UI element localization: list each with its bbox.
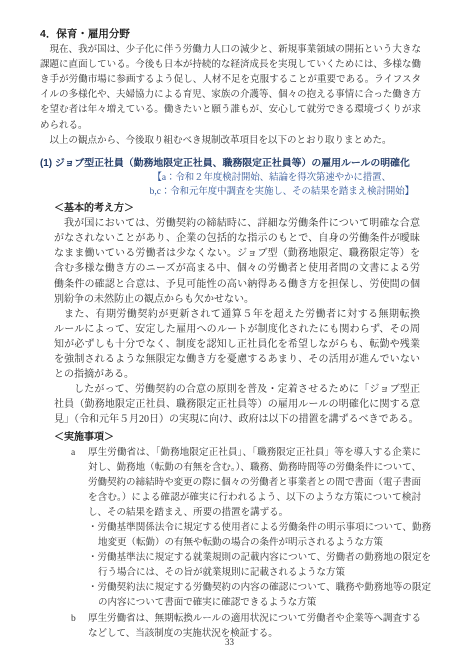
implementation-heading: ＜実施事項＞ xyxy=(54,430,420,445)
schedule-line-1: 【a：令和２年度検討開始、結論を得次第速やかに措置、 xyxy=(40,171,421,186)
bullet-item: ・労働基準関係法令に規定する使用者による労働条件の明示事項について、勤務地変更（… xyxy=(88,521,431,551)
basic-policy-heading: ＜基本的考え方＞ xyxy=(54,201,420,216)
bullet-item: ・労働契約法に規定する労働契約の内容の確認について、職務や勤務地等の限定の内容に… xyxy=(88,581,431,611)
item-a-text: 厚生労働省は、「勤務地限定正社員」、「職務限定正社員」等を導入する企業に対し、勤… xyxy=(88,448,421,518)
implementation-item-a: a 厚生労働省は、「勤務地限定正社員」、「職務限定正社員」等を導入する企業に対し… xyxy=(88,446,421,521)
item-b-text: 厚生労働省は、無期転換ルールの適用状況について労働者や企業等へ調査するなどして、… xyxy=(88,614,421,639)
item-a-label: a xyxy=(71,446,75,461)
item1-heading: (1) ジョブ型正社員（勤務地限定正社員、職務限定正社員等）の雇用ルールの明確化 xyxy=(40,156,422,171)
intro-paragraph: 現在、我が国は、少子化に伴う労働力人口の減少と、新規事業領域の開拓という大きな課… xyxy=(40,43,421,134)
basic-policy-paragraph-2: また、有期労働契約が更新されて通算５年を超えた労働者に対する無期転換ルールによっ… xyxy=(54,307,420,382)
section-title: 4．保育・雇用分野 xyxy=(40,27,420,42)
summary-paragraph: 以上の観点から、今後取り組むべき規制改革項目を以下のとおり取りまとめた。 xyxy=(40,134,421,149)
schedule-line-2: b,c：令和元年度中調査を実施し、その結果を踏まえ検討開始】 xyxy=(40,185,421,200)
item1-schedule: 【a：令和２年度検討開始、結論を得次第速やかに措置、 b,c：令和元年度中調査を… xyxy=(40,171,421,200)
basic-policy-paragraph-3: したがって、労働契約の合意の原則を普及・定着させるために「ジョブ型正社員（勤務地… xyxy=(54,382,420,427)
bullet-item: ・労働基準法に規定する就業規則の記載内容について、労働者の勤務地の限定を行う場合… xyxy=(88,551,431,581)
basic-policy-paragraph-1: 我が国においては、労働契約の締結時に、詳細な労働条件について明確な合意がなされな… xyxy=(54,216,420,307)
page-number: 33 xyxy=(0,637,459,647)
item-b-label: b xyxy=(71,612,76,627)
document-page: 4．保育・雇用分野 現在、我が国は、少子化に伴う労働力人口の減少と、新規事業領域… xyxy=(0,0,459,652)
